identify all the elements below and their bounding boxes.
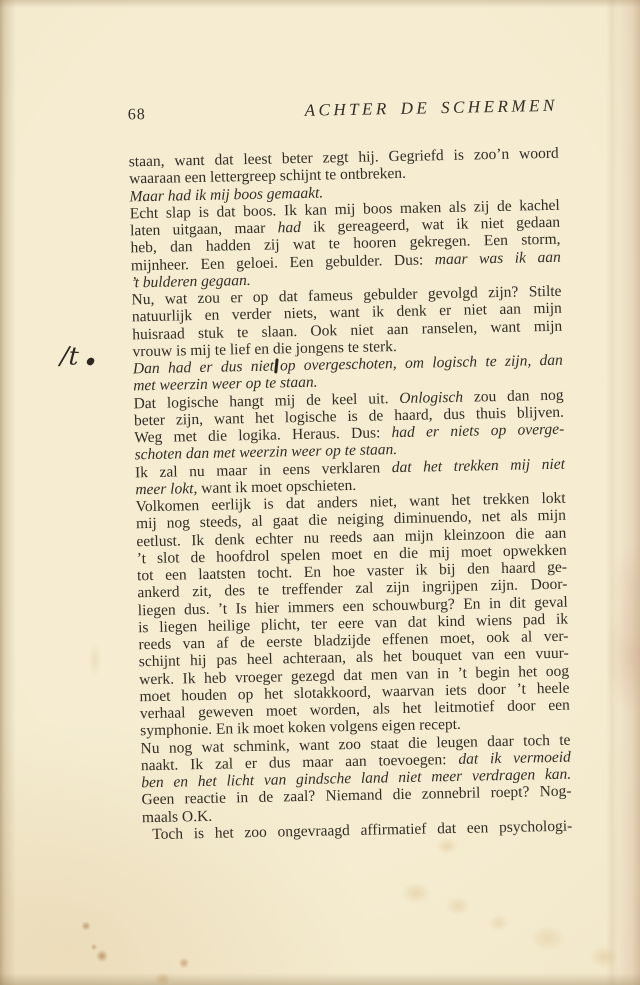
italic-text-segment: Onlogisch <box>399 388 463 406</box>
italic-text-segment: meer lokt, <box>135 480 197 498</box>
text-segment: maals O.K. <box>142 807 212 825</box>
italic-text-segment: maar was ik aan <box>435 248 561 268</box>
italic-text-segment: dat het trekken mij niet <box>392 455 566 475</box>
italic-text-segment: ’t bulderen gegaan. <box>131 272 251 291</box>
book-page: /t 68 ACHTER DE SCHERMEN staan, want dat… <box>0 0 640 985</box>
body-text: staan, want dat leest beter zegt hij. Ge… <box>129 145 573 843</box>
italic-text-segment: had <box>277 219 301 236</box>
text-segment: zou dan nog <box>463 386 564 405</box>
page-header: 68 ACHTER DE SCHERMEN <box>128 96 558 125</box>
handwritten-ink-stroke <box>274 358 279 373</box>
italic-text-segment: dat ik vermoeid <box>458 748 571 767</box>
page-number: 68 <box>128 106 146 124</box>
margin-correction-text: /t <box>60 341 80 371</box>
margin-correction-mark: /t <box>59 339 105 383</box>
running-title: ACHTER DE SCHERMEN <box>304 96 558 121</box>
italic-text-segment: had er niets op overge- <box>391 421 564 441</box>
ink-blob <box>86 356 96 366</box>
text-block: 68 ACHTER DE SCHERMEN staan, want dat le… <box>128 96 573 843</box>
